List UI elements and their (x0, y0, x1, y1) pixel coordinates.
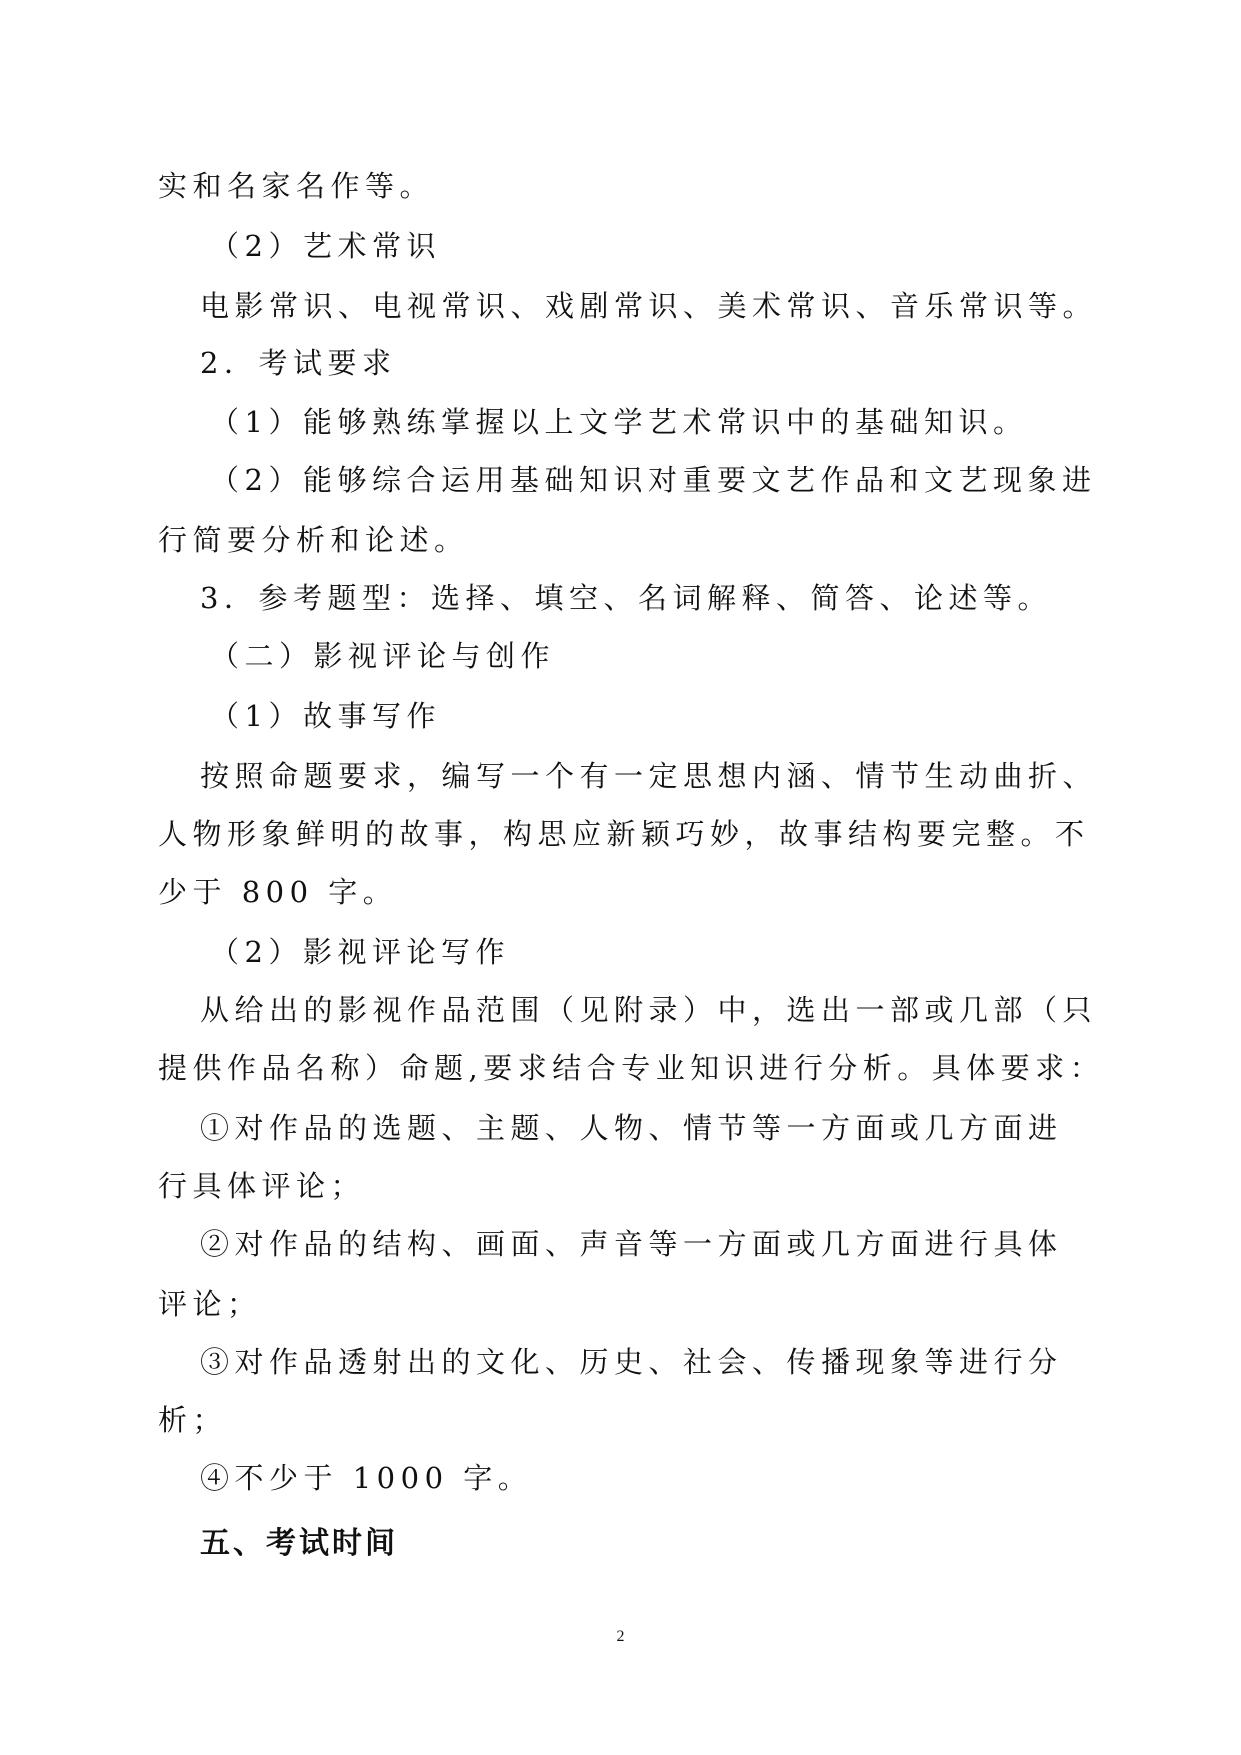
text-line: 按照命题要求，编写一个有一定思想内涵、情节生动曲折、 (200, 758, 1097, 794)
text-line: 电影常识、电视常识、戏剧常识、美术常识、音乐常识等。 (200, 288, 1097, 324)
text-line: （2）能够综合运用基础知识对重要文艺作品和文艺现象进 (210, 462, 1096, 498)
document-page: 实和名家名作等。（2）艺术常识电影常识、电视常识、戏剧常识、美术常识、音乐常识等… (0, 0, 1241, 1755)
text-line: ④不少于 1000 字。 (200, 1460, 532, 1496)
text-line: 从给出的影视作品范围（见附录）中，选出一部或几部（只 (200, 992, 1097, 1028)
text-line: 人物形象鲜明的故事，构思应新颖巧妙，故事结构要完整。不 (158, 816, 1090, 852)
text-line: 行简要分析和论述。 (158, 522, 469, 558)
text-line: 行具体评论； (158, 1168, 365, 1204)
text-line: （2）艺术常识 (210, 228, 441, 264)
text-line: ①对作品的选题、主题、人物、情节等一方面或几方面进 (200, 1110, 1063, 1146)
text-line: 少于 800 字。 (158, 874, 397, 910)
text-line: 析； (158, 1402, 227, 1438)
text-line: （1）故事写作 (210, 698, 441, 734)
section-heading: 五、考试时间 (200, 1526, 398, 1562)
text-line: （2）影视评论写作 (210, 934, 510, 970)
text-line: 3．参考题型：选择、填空、名词解释、简答、论述等。 (200, 580, 1052, 616)
text-line: 评论； (158, 1286, 262, 1322)
text-line: 提供作品名称）命题,要求结合专业知识进行分析。具体要求： (158, 1050, 1104, 1086)
page-number: 2 (0, 1628, 1241, 1646)
text-line: （1）能够熟练掌握以上文学艺术常识中的基础知识。 (210, 404, 1027, 440)
text-line: 实和名家名作等。 (158, 168, 434, 204)
text-line: ②对作品的结构、画面、声音等一方面或几方面进行具体 (200, 1226, 1063, 1262)
text-line: ③对作品透射出的文化、历史、社会、传播现象等进行分 (200, 1344, 1063, 1380)
text-line: （二）影视评论与创作 (210, 638, 555, 674)
text-line: 2．考试要求 (200, 345, 396, 381)
